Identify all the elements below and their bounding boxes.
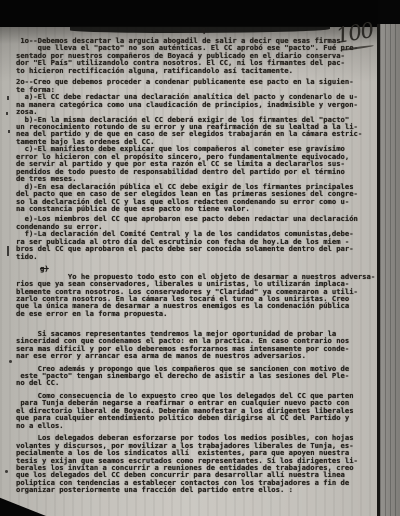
struck-out-g-marker: g)	[40, 265, 49, 272]
page-number: -4-	[196, 27, 210, 36]
smudge-mark	[40, 150, 160, 153]
paragraph-a-declaracion: a)-El CC debe redactar una declaración a…	[16, 93, 376, 115]
ink-speck	[9, 360, 12, 363]
paragraph-como-consecuencia: Como consecuencia de lo expuesto creo qu…	[16, 392, 376, 429]
adjacent-page-edge	[380, 24, 400, 516]
ink-speck	[8, 130, 10, 133]
paragraph-f-comite-central: f)-La declaración del Comité Central y l…	[16, 230, 376, 260]
paragraph-creo-ademas: Creo además y propongo que los compañero…	[16, 365, 376, 387]
scanned-document-page: -4- 100 1o--Debemos descartar la argucia…	[0, 0, 400, 516]
ink-speck	[7, 96, 9, 100]
margin-mark	[7, 246, 9, 256]
typewritten-text-block: 1o--Debemos descartar la argucia abogadi…	[16, 37, 376, 494]
paragraph-2o-condenar: 2o--Creo que debemos proceder a condenar…	[16, 78, 376, 93]
paragraph-1o-firmas: 1o--Debemos descartar la argucia abogadi…	[16, 37, 376, 74]
paragraph-e-miembros: e)-Los miembros del CC que aprobaron ese…	[16, 215, 376, 230]
paragraph-los-delegados: Los delegados deberan esforzarse por tod…	[16, 434, 376, 494]
paragraph-g-text: Yo he propuesto todo esto con el objeto …	[16, 272, 375, 318]
paragraph-g-propuesta: g) Yo he propuesto todo esto con el obje…	[16, 265, 376, 325]
ink-speck	[6, 112, 8, 115]
paragraph-d-declaracion-publica: d)-En esa declaración pública el CC debe…	[16, 183, 376, 213]
paragraph-si-sacamos: Si sacamos representantes tendremos la m…	[16, 330, 376, 360]
paragraph-b-reconocimiento: b)-En la misma declaración el CC deberá …	[16, 116, 376, 146]
ink-speck	[5, 470, 8, 473]
